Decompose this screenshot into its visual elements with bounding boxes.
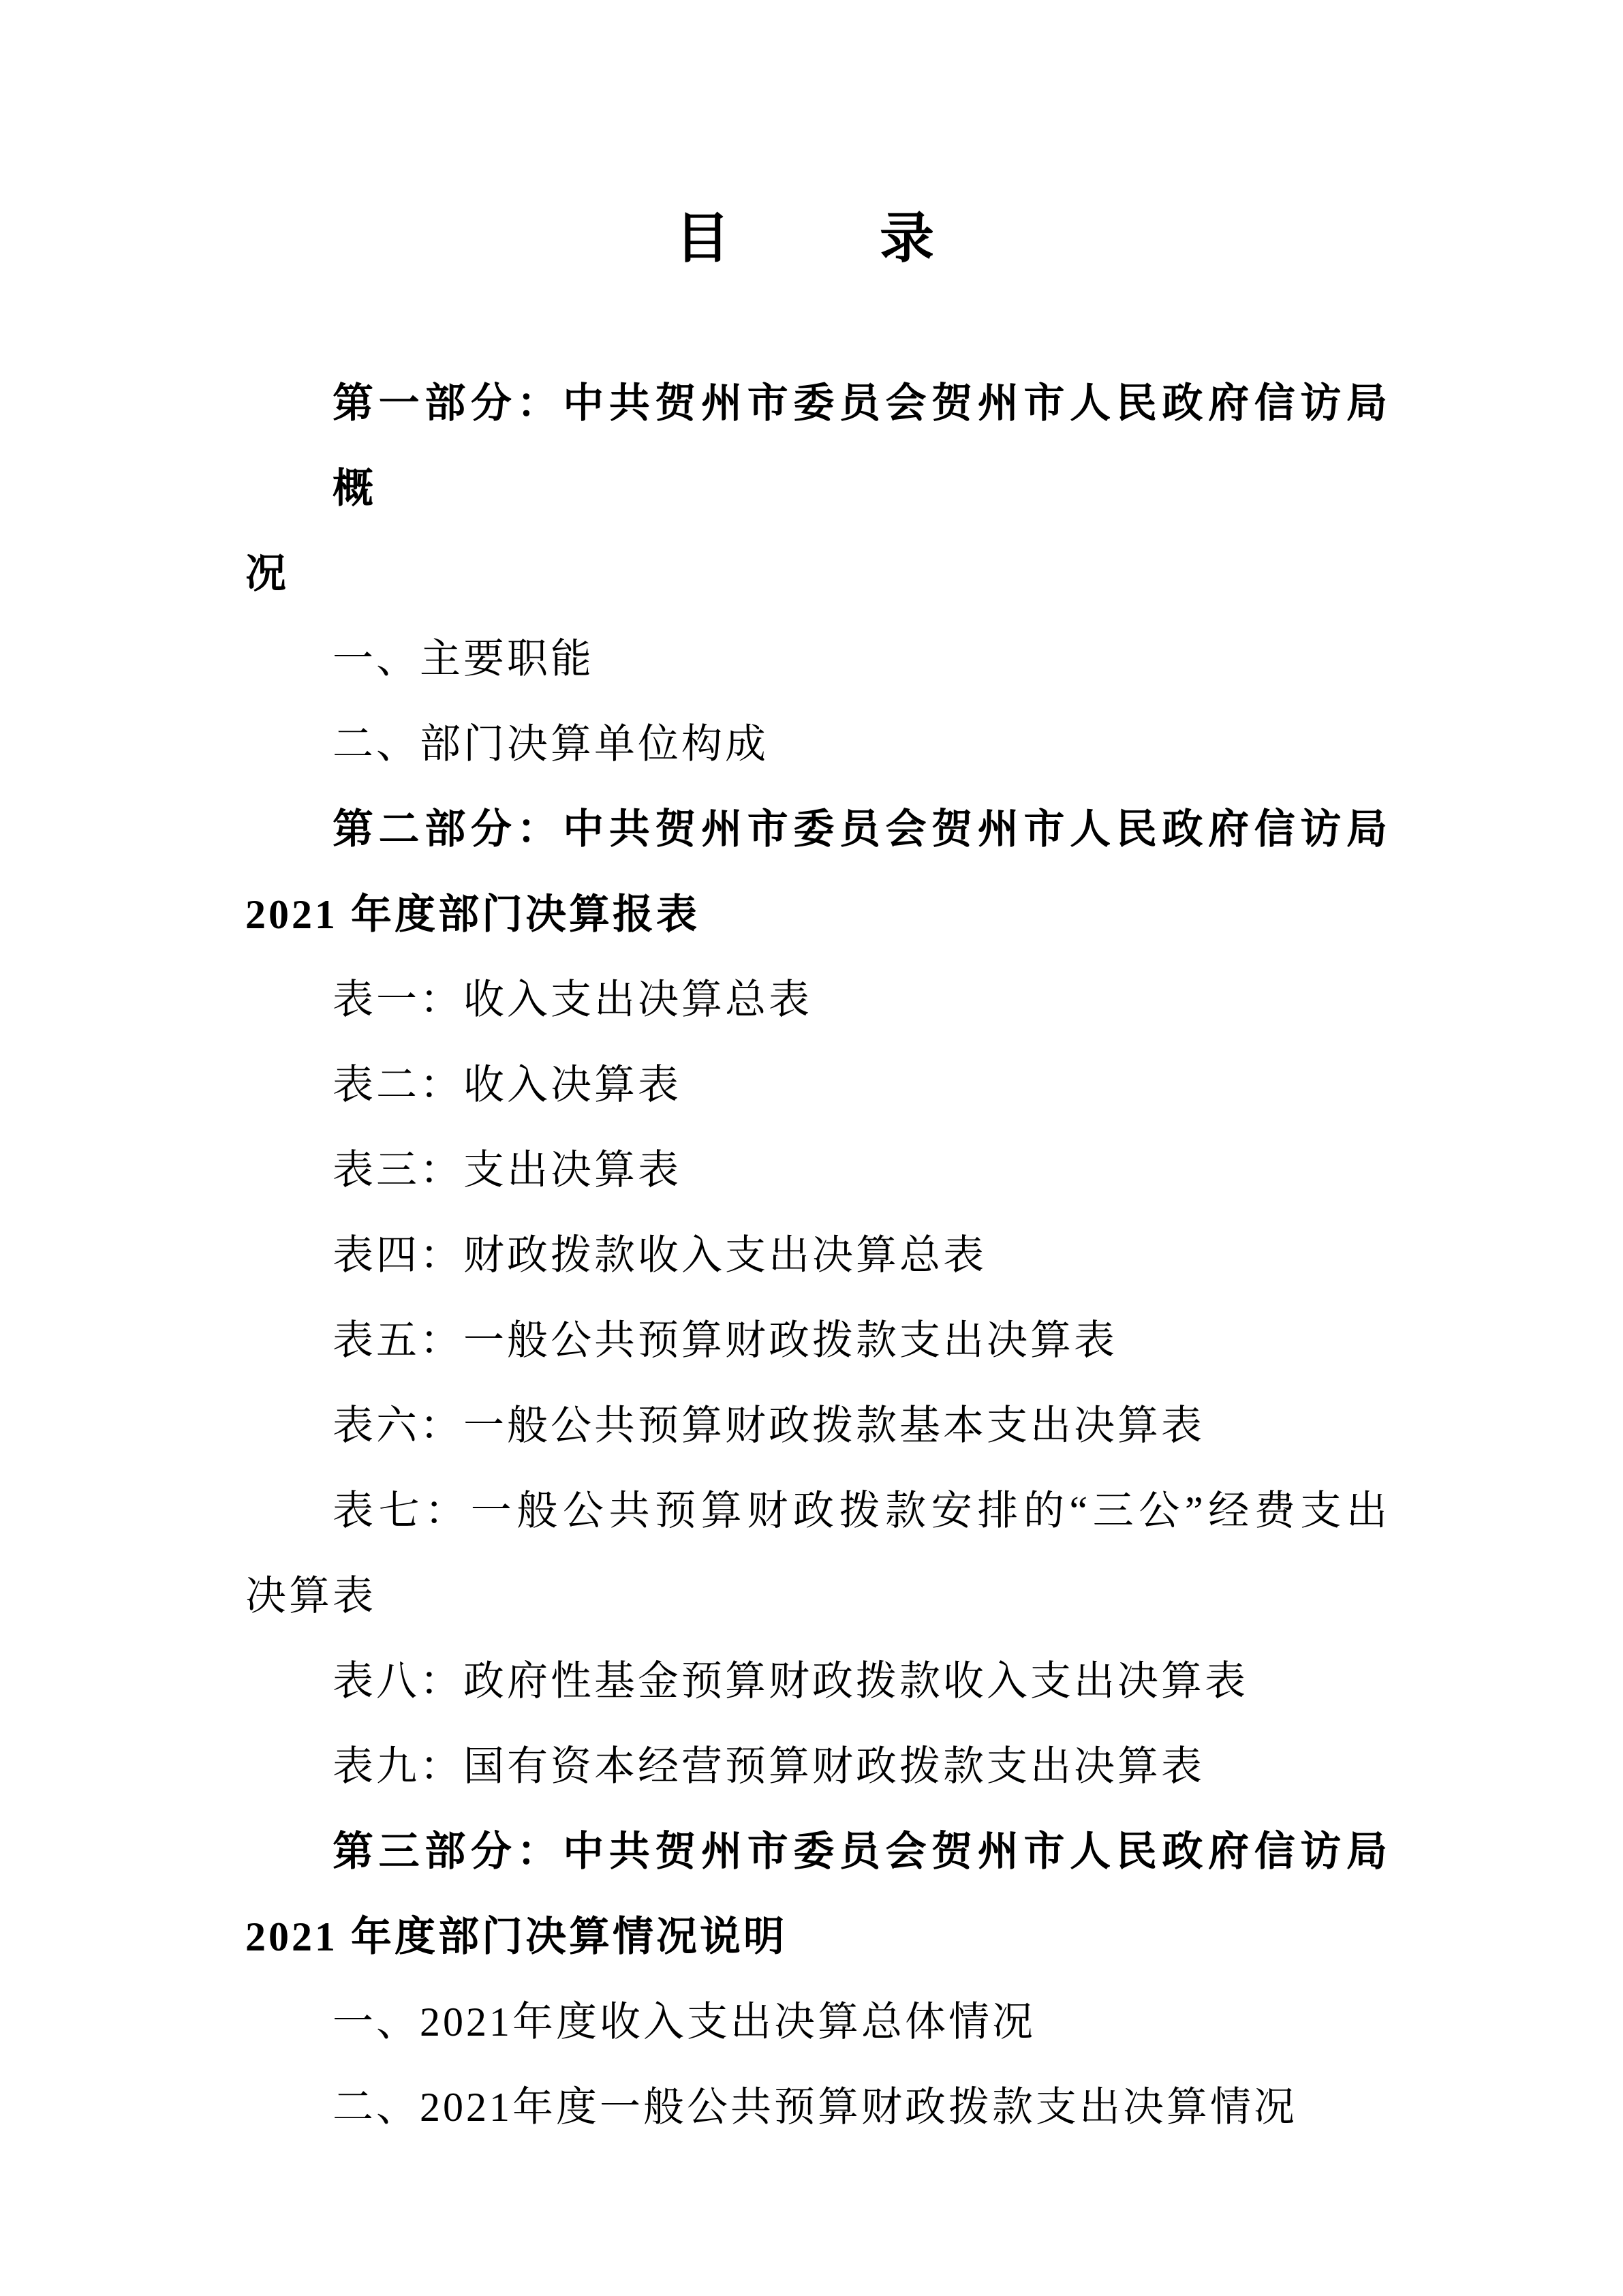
toc-line: 表七：一般公共预算财政拨款安排的“三公”经费支出 [245,1469,1390,1554]
toc-line: 表三：支出决算表 [245,1128,1390,1213]
toc-line: 第二部分：中共贺州市委员会贺州市人民政府信访局 [245,787,1390,872]
toc-line: 二、部门决算单位构成 [245,702,1390,787]
toc-line: 一、2021年度收入支出决算总体情况 [245,1980,1390,2065]
toc-line: 表五：一般公共预算财政拨款支出决算表 [245,1298,1390,1383]
toc-line: 2021 年度部门决算情况说明 [245,1895,1390,1980]
page-title: 目 录 [0,0,1623,273]
toc-list: 第一部分：中共贺州市委员会贺州市人民政府信访局 概况一、主要职能二、部门决算单位… [245,361,1390,2150]
toc-line: 一、主要职能 [245,617,1390,702]
toc-line: 表二：收入决算表 [245,1043,1390,1128]
toc-line: 表四：财政拨款收入支出决算总表 [245,1213,1390,1298]
toc-line: 第一部分：中共贺州市委员会贺州市人民政府信访局 概 [245,361,1390,532]
toc-line: 表九：国有资本经营预算财政拨款支出决算表 [245,1724,1390,1809]
document-page: 目 录 第一部分：中共贺州市委员会贺州市人民政府信访局 概况一、主要职能二、部门… [0,0,1623,2296]
toc-line: 表六：一般公共预算财政拨款基本支出决算表 [245,1383,1390,1469]
toc-line: 二、2021年度一般公共预算财政拨款支出决算情况 [245,2065,1390,2150]
toc-line: 表八：政府性基金预算财政拨款收入支出决算表 [245,1639,1390,1724]
toc-line: 第三部分：中共贺州市委员会贺州市人民政府信访局 [245,1809,1390,1895]
toc-line: 决算表 [245,1554,1390,1639]
toc-line: 况 [245,532,1390,617]
toc-line: 2021 年度部门决算报表 [245,872,1390,958]
toc-line: 表一：收入支出决算总表 [245,958,1390,1043]
